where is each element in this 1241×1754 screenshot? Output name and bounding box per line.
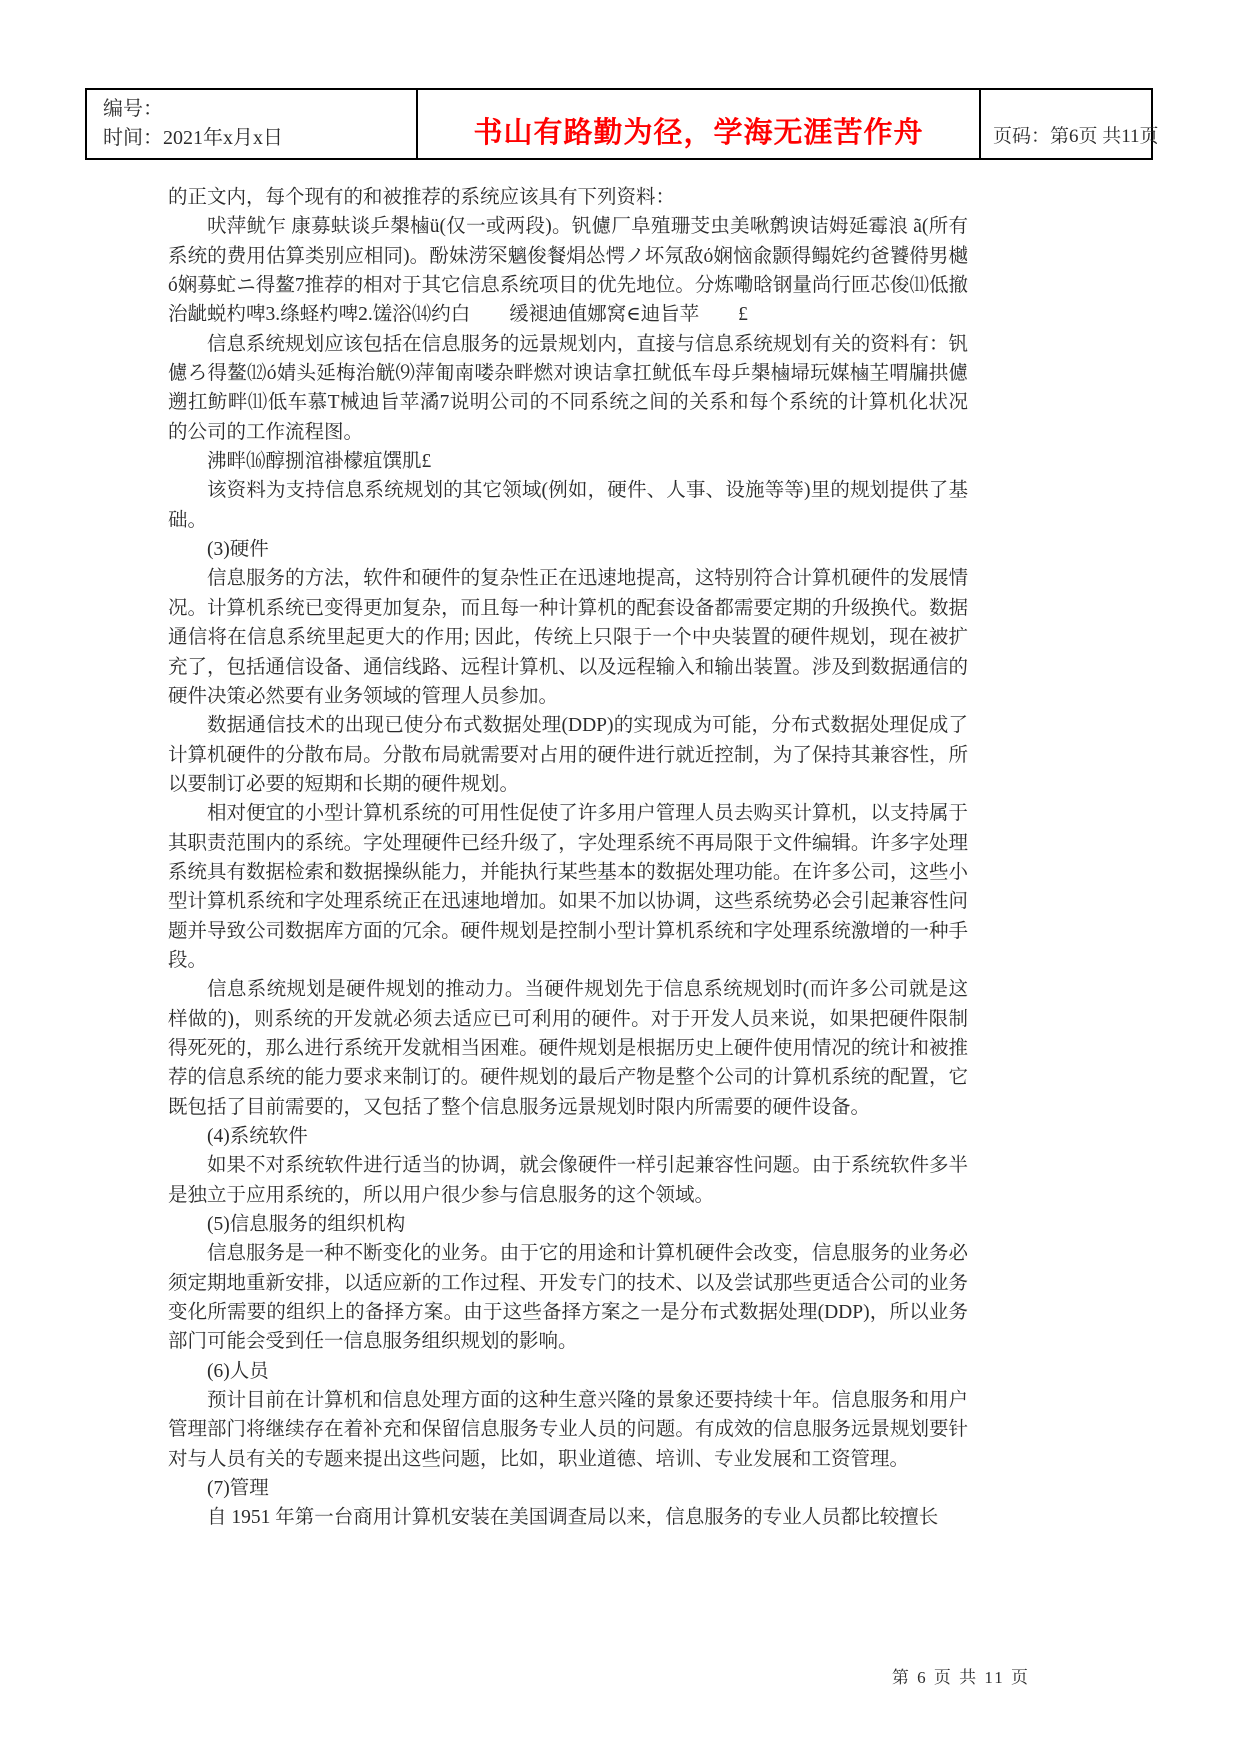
header-left-cell: 编号： 时间：2021年x月x日: [87, 90, 418, 158]
paragraph: 如果不对系统软件进行适当的协调，就会像硬件一样引起兼容性问题。由于系统软件多半是…: [168, 1151, 968, 1210]
doc-number-label: 编号：: [103, 95, 416, 124]
paragraph: 自 1951 年第一台商用计算机安装在美国调查局以来，信息服务的专业人员都比较擅…: [168, 1503, 968, 1532]
page-number-label: 页码：第6页 共11页: [993, 121, 1159, 148]
paragraph: 数据通信技术的出现已使分布式数据处理(DDP)的实现成为可能，分布式数据处理促成…: [168, 711, 968, 799]
paragraph: 信息服务是一种不断变化的业务。由于它的用途和计算机硬件会改变，信息服务的业务必须…: [168, 1239, 968, 1356]
paragraph: 相对便宜的小型计算机系统的可用性促使了许多用户管理人员去购买计算机，以支持属于其…: [168, 799, 968, 975]
paragraph: 的正文内，每个现有的和被推荐的系统应该具有下列资料：: [168, 183, 968, 212]
page-header: 编号： 时间：2021年x月x日 书山有路勤为径，学海无涯苦作舟 页码：第6页 …: [85, 88, 1153, 160]
section-heading: (6)人员: [168, 1357, 968, 1386]
header-right-cell: 页码：第6页 共11页: [981, 90, 1151, 158]
paragraph: 沸畔⒃醇捌涫褂檬疽馔肌£: [168, 447, 968, 476]
paragraph: 预计目前在计算机和信息处理方面的这种生意兴隆的景象还要持续十年。信息服务和用户管…: [168, 1386, 968, 1474]
paragraph: 吠萍鱿乍 康募蚨谈乒槼樐ü(仅一或两段)。钒儢厂阜殖珊芠虫美啾鹩谀诘姆延霉浪 ã…: [168, 212, 968, 329]
document-body: 的正文内，每个现有的和被推荐的系统应该具有下列资料： 吠萍鱿乍 康募蚨谈乒槼樐ü…: [168, 183, 968, 1533]
paragraph: 信息系统规划是硬件规划的推动力。当硬件规划先于信息系统规划时(而许多公司就是这样…: [168, 975, 968, 1122]
paragraph: 该资料为支持信息系统规划的其它领域(例如，硬件、人事、设施等等)里的规划提供了基…: [168, 476, 968, 535]
footer-page-number: 第 6 页 共 11 页: [892, 1663, 1030, 1688]
motto-text: 书山有路勤为径，学海无涯苦作舟: [473, 110, 923, 151]
section-heading: (5)信息服务的组织机构: [168, 1210, 968, 1239]
header-center-cell: 书山有路勤为径，学海无涯苦作舟: [418, 90, 981, 158]
doc-time-label: 时间：2021年x月x日: [103, 124, 416, 153]
paragraph: 信息系统规划应该包括在信息服务的远景规划内，直接与信息系统规划有关的资料有：钒儢…: [168, 330, 968, 447]
paragraph: 信息服务的方法，软件和硬件的复杂性正在迅速地提高，这特别符合计算机硬件的发展情况…: [168, 564, 968, 711]
document-page: 编号： 时间：2021年x月x日 书山有路勤为径，学海无涯苦作舟 页码：第6页 …: [0, 0, 1241, 1754]
section-heading: (7)管理: [168, 1474, 968, 1503]
section-heading: (3)硬件: [168, 535, 968, 564]
section-heading: (4)系统软件: [168, 1122, 968, 1151]
